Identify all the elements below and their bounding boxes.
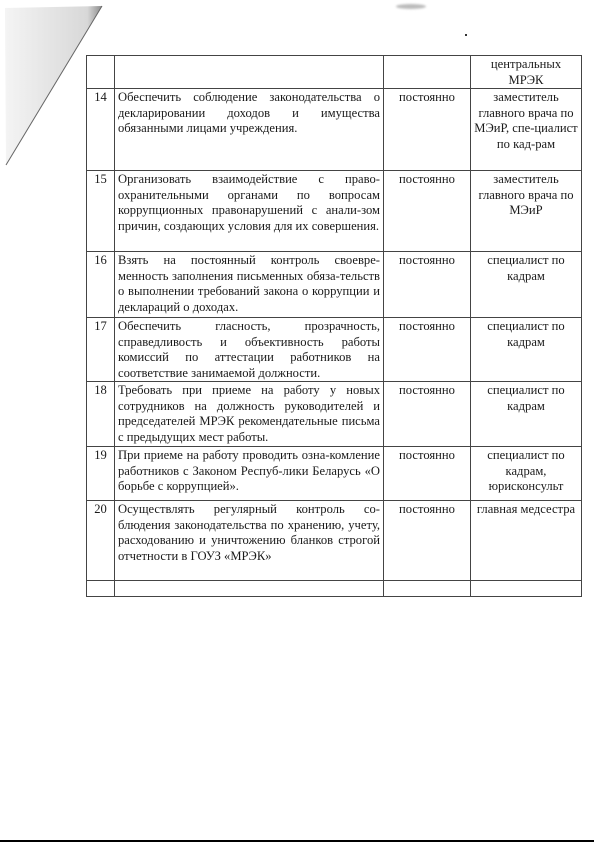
row-responsible: специалист по кадрам, юрисконсульт — [471, 447, 582, 501]
row-responsible: главная медсестра — [471, 501, 582, 581]
row-term: постоянно — [384, 447, 471, 501]
table-row: 18 Требовать при приеме на работу у новы… — [87, 382, 582, 447]
scanned-page: центральных МРЭК 14 Обеспечить соблюдени… — [0, 0, 594, 840]
row-activity — [115, 56, 384, 89]
row-term: постоянно — [384, 382, 471, 447]
row-term: постоянно — [384, 252, 471, 318]
table-row: 20 Осуществлять регулярный контроль со-б… — [87, 501, 582, 581]
row-activity: Обеспечить соблюдение законодательства о… — [115, 89, 384, 171]
row-number: 18 — [87, 382, 115, 447]
table-row: 19 При приеме на работу проводить озна-к… — [87, 447, 582, 501]
row-term — [384, 56, 471, 89]
row-number: 16 — [87, 252, 115, 318]
scan-smudge — [396, 4, 426, 9]
row-responsible: заместитель главного врача по МЭиР, спе-… — [471, 89, 582, 171]
row-term: постоянно — [384, 89, 471, 171]
row-activity: Осуществлять регулярный контроль со-блюд… — [115, 501, 384, 581]
table-row: 14 Обеспечить соблюдение законодательств… — [87, 89, 582, 171]
row-number: 19 — [87, 447, 115, 501]
table-row — [87, 581, 582, 597]
row-responsible — [471, 581, 582, 597]
row-responsible: специалист по кадрам — [471, 382, 582, 447]
row-responsible: центральных МРЭК — [471, 56, 582, 89]
row-activity: Требовать при приеме на работу у новых с… — [115, 382, 384, 447]
table-row: 15 Организовать взаимодействие с право-о… — [87, 171, 582, 252]
row-activity: Обеспечить гласность, прозрачность, спра… — [115, 318, 384, 382]
table-row: 17 Обеспечить гласность, прозрачность, с… — [87, 318, 582, 382]
row-activity: Взять на постоянный контроль своевре-мен… — [115, 252, 384, 318]
row-activity: Организовать взаимодействие с право-охра… — [115, 171, 384, 252]
row-activity: При приеме на работу проводить озна-комл… — [115, 447, 384, 501]
row-responsible: заместитель главного врача по МЭиР — [471, 171, 582, 252]
table-row: центральных МРЭК — [87, 56, 582, 89]
row-responsible: специалист по кадрам — [471, 318, 582, 382]
row-term: постоянно — [384, 501, 471, 581]
row-number: 15 — [87, 171, 115, 252]
row-number: 14 — [87, 89, 115, 171]
row-term — [384, 581, 471, 597]
row-number: 17 — [87, 318, 115, 382]
row-activity — [115, 581, 384, 597]
row-number — [87, 581, 115, 597]
row-responsible: специалист по кадрам — [471, 252, 582, 318]
scan-dot — [465, 34, 467, 36]
row-number: 20 — [87, 501, 115, 581]
row-term: постоянно — [384, 318, 471, 382]
row-term: постоянно — [384, 171, 471, 252]
measures-table: центральных МРЭК 14 Обеспечить соблюдени… — [86, 55, 582, 597]
table-row: 16 Взять на постоянный контроль своевре-… — [87, 252, 582, 318]
row-number — [87, 56, 115, 89]
